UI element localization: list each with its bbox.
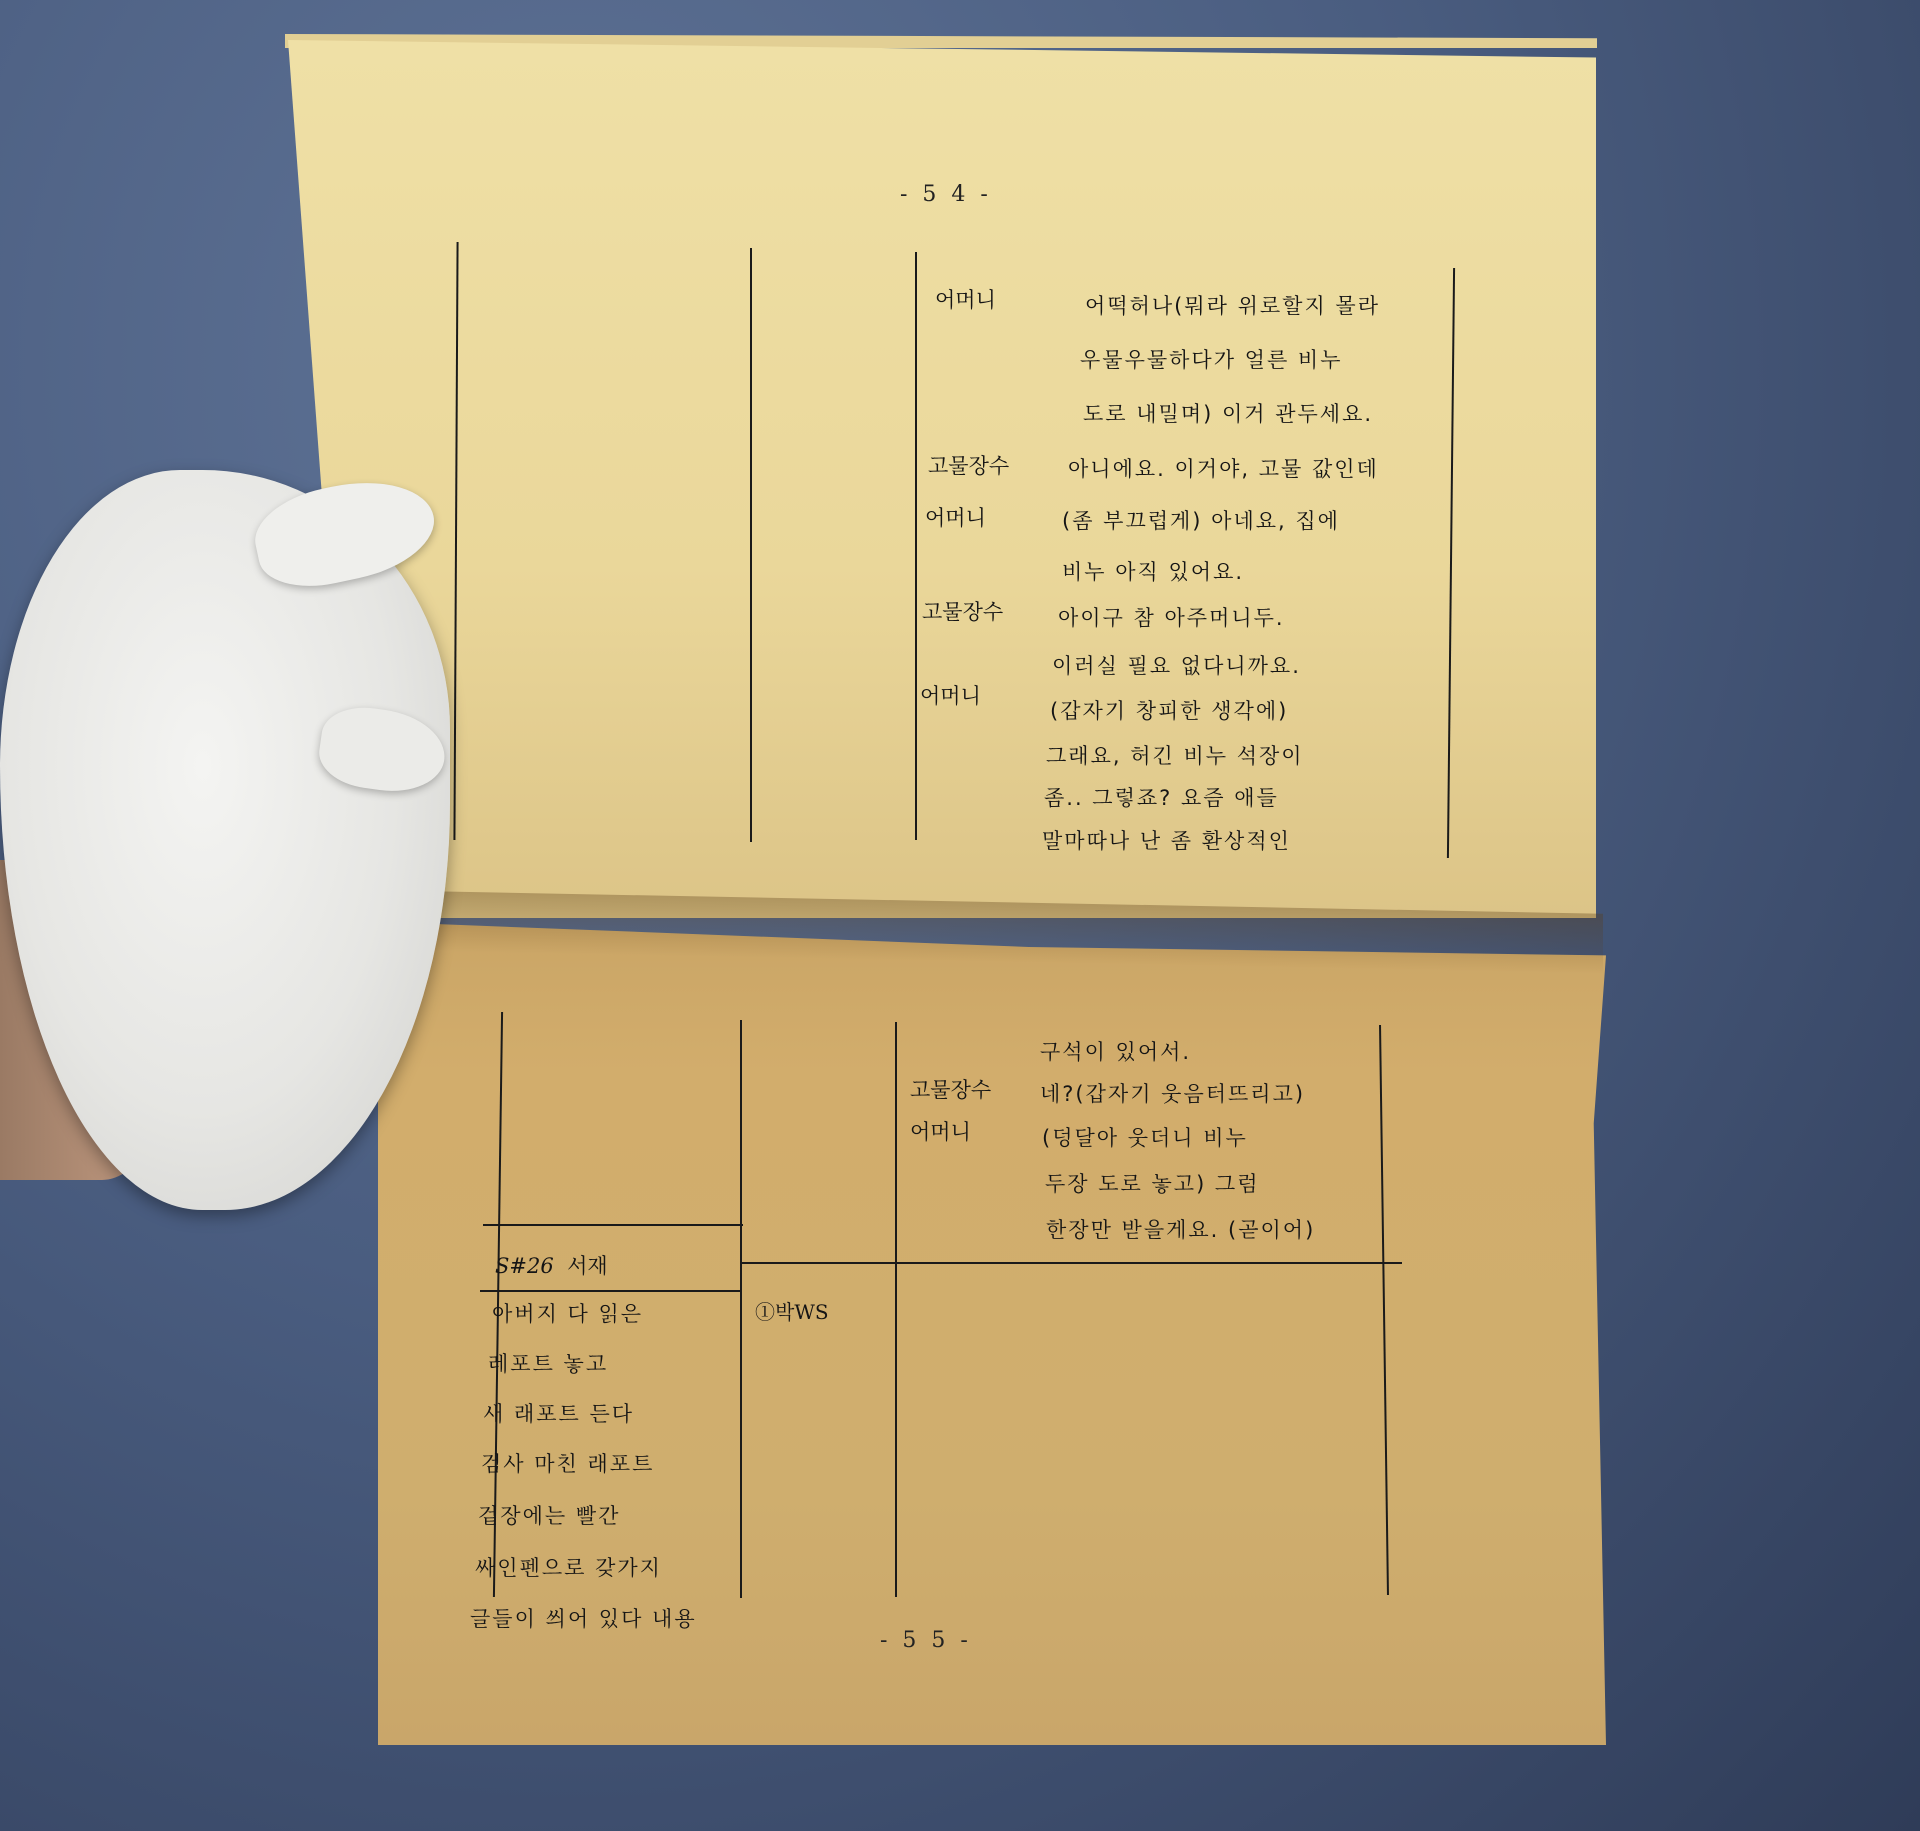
dialogue-line: (덩달아 웃더니 비누: [1042, 1122, 1248, 1152]
dialogue-line: 도로 내밀며) 이거 관두세요.: [1083, 398, 1373, 428]
dialogue-line: 우물우물하다가 얼른 비누: [1080, 344, 1343, 374]
action-line: 겉장에는 빨간: [478, 1500, 620, 1530]
scene-location: 서재: [567, 1254, 608, 1278]
speaker-label: 어머니: [910, 1116, 971, 1146]
dialogue-line: 말마따나 난 좀 환상적인: [1042, 825, 1291, 855]
action-line: 검사 마친 래포트: [481, 1448, 654, 1478]
dialogue-line: 아니에요. 이거야, 고물 값인데: [1068, 453, 1379, 483]
row-rule: [483, 1224, 743, 1226]
action-line: 글들이 씌어 있다 내용: [470, 1603, 697, 1633]
dialogue-line: 네?(갑자기 웃음터뜨리고): [1040, 1078, 1305, 1108]
row-rule: [480, 1290, 742, 1292]
dialogue-line: (갑자기 창피한 생각에): [1050, 695, 1288, 725]
column-rule: [750, 248, 752, 842]
action-line: 아버지 다 읽은: [492, 1298, 643, 1328]
action-line: 싸인펜으로 갖가지: [475, 1552, 662, 1582]
column-rule: [740, 1020, 742, 1598]
speaker-label: 고물장수: [928, 450, 1009, 480]
scene-number: S#26: [495, 1254, 554, 1278]
dialogue-line: 이러실 필요 없다니까요.: [1052, 650, 1301, 680]
page-number-54: - 5 4 -: [900, 182, 992, 207]
dialogue-line: 그래요, 허긴 비누 석장이: [1046, 740, 1304, 770]
row-rule: [742, 1262, 1402, 1264]
page-number-55: - 5 5 -: [880, 1628, 972, 1653]
column-rule: [895, 1022, 897, 1597]
shot-label: ①박WS: [755, 1296, 829, 1325]
scene-heading: S#26 서재: [495, 1250, 608, 1280]
dialogue-line: 아이구 참 아주머니두.: [1058, 602, 1285, 632]
speaker-label: 고물장수: [922, 596, 1003, 626]
dialogue-line: 두장 도로 놓고) 그럼: [1045, 1168, 1260, 1198]
action-line: 새 래포트 든다: [483, 1398, 634, 1428]
dialogue-line: 좀.. 그렇죠? 요즘 애들: [1044, 782, 1279, 812]
speaker-label: 어머니: [920, 680, 981, 710]
dialogue-line: 비누 아직 있어요.: [1062, 556, 1244, 586]
action-line: 레포트 놓고: [488, 1348, 608, 1378]
dialogue-line: 어떡허나(뭐라 위로할지 몰라: [1085, 290, 1380, 320]
speaker-label: 어머니: [935, 284, 996, 314]
speaker-label: 어머니: [925, 502, 986, 532]
speaker-label: 고물장수: [910, 1074, 991, 1104]
dialogue-line: 구석이 있어서.: [1040, 1036, 1191, 1066]
column-rule: [915, 252, 917, 840]
dialogue-line: 한장만 받을게요. (곧이어): [1046, 1214, 1315, 1244]
dialogue-line: (좀 부끄럽게) 아네요, 집에: [1062, 505, 1340, 535]
